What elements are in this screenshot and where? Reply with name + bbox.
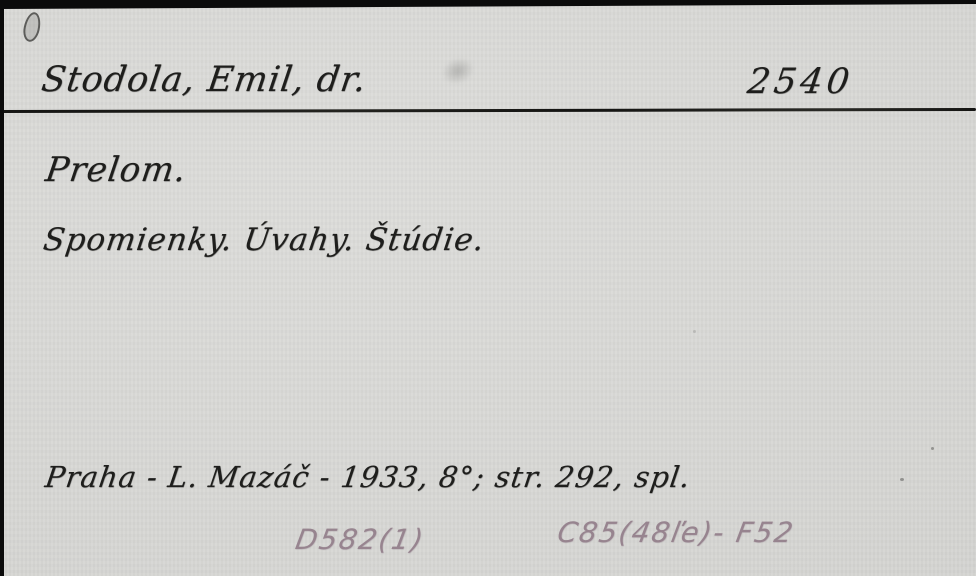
work-title: Prelom. xyxy=(43,150,189,190)
paper-speck xyxy=(931,447,934,450)
shelfmark-left: D582(1) xyxy=(293,523,427,556)
scan-edge-left xyxy=(0,0,4,576)
work-subtitle: Spomienky. Úvahy. Štúdie. xyxy=(41,222,487,258)
shelfmark-right: C85(48ľe)- F52 xyxy=(555,516,797,549)
card-paper: Stodola, Emil, dr. 2540 Prelom. Spomienk… xyxy=(3,0,976,576)
pencil-smudge xyxy=(438,53,479,89)
paper-speck xyxy=(900,478,904,481)
scanned-catalog-card: Stodola, Emil, dr. 2540 Prelom. Spomienk… xyxy=(0,0,976,576)
author-heading: Stodola, Emil, dr. xyxy=(39,60,369,100)
card-number: 2540 xyxy=(745,62,856,102)
ink-blot-mark xyxy=(21,11,43,44)
imprint-line: Praha - L. Mazáč - 1933, 8°; str. 292, s… xyxy=(43,460,693,494)
paper-speck xyxy=(693,330,696,333)
